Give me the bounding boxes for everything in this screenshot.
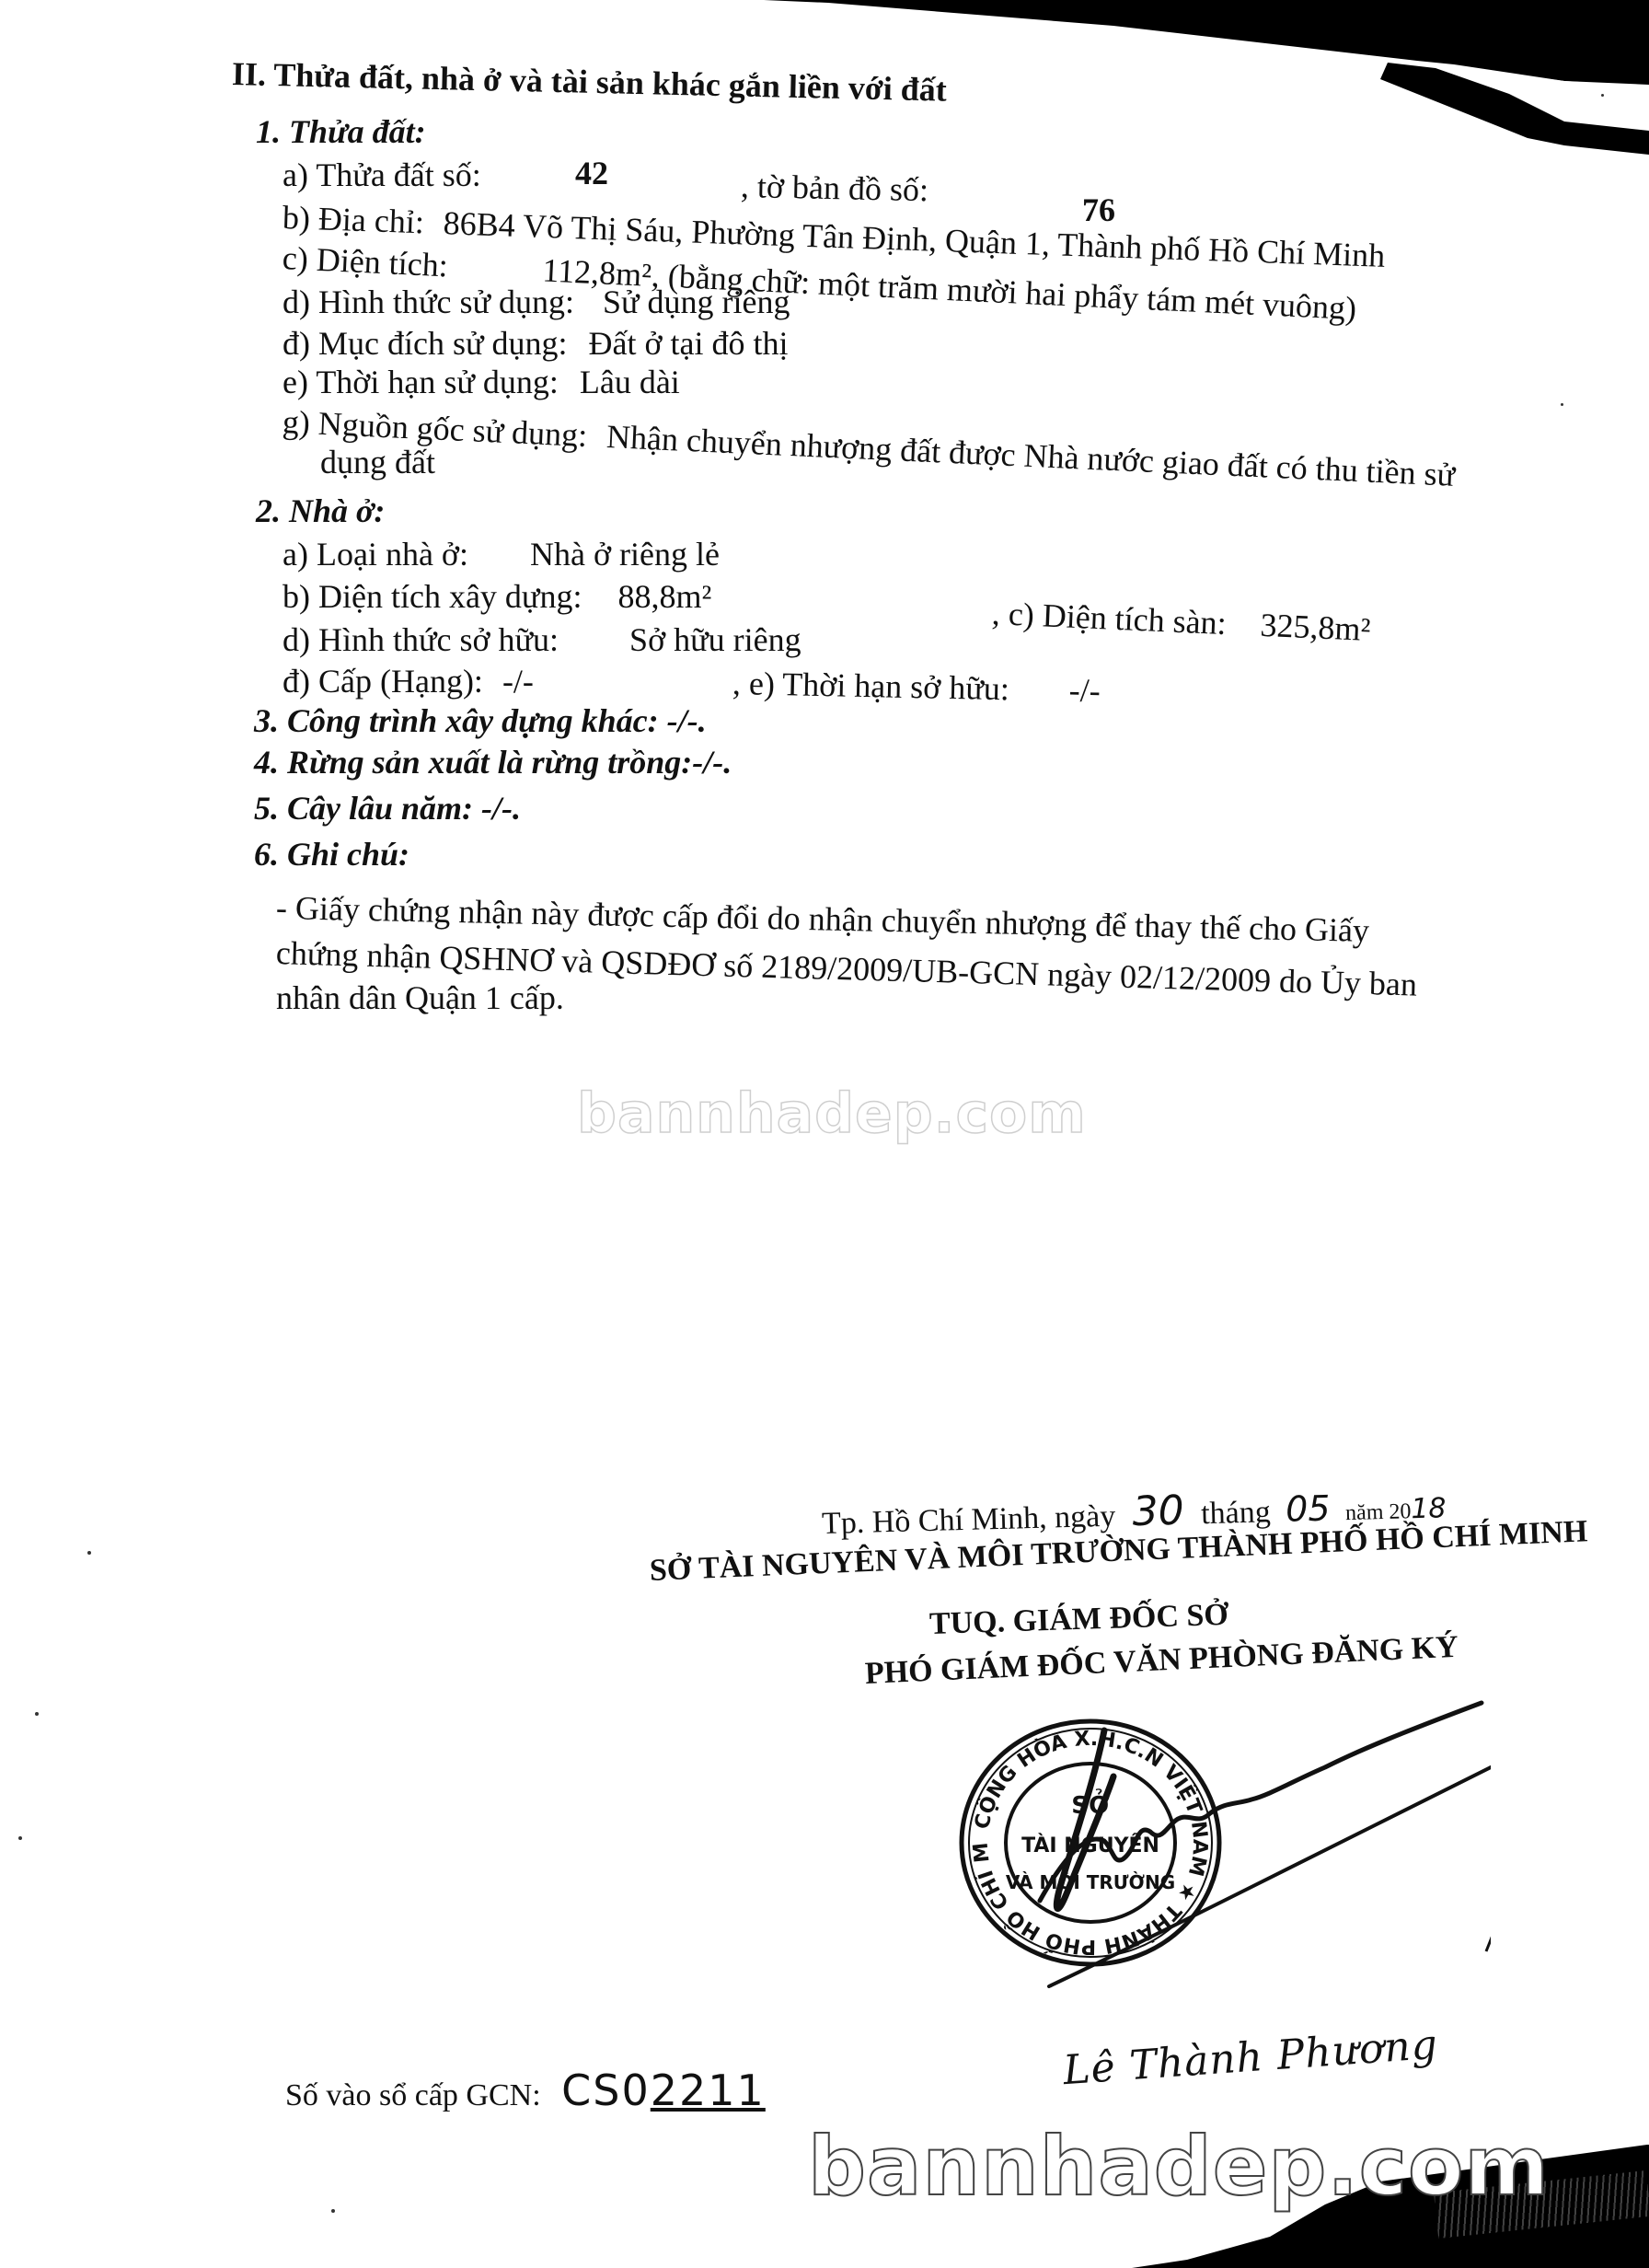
origin-continuation: dụng đất bbox=[320, 445, 435, 479]
on-behalf: TUQ. GIÁM ĐỐC SỞ bbox=[928, 1600, 1228, 1640]
build-area-value: 88,8m² bbox=[617, 578, 711, 615]
build-area-label: b) Diện tích xây dựng: bbox=[283, 578, 582, 615]
purpose-row: đ) Mục đích sử dụng: Đất ở tại đô thị bbox=[283, 327, 789, 360]
scan-speck bbox=[18, 1836, 22, 1840]
signer-name: Lê Thành Phương bbox=[1062, 2021, 1440, 2094]
map-sheet-label: , tờ bản đồ số: bbox=[741, 169, 929, 206]
perennial-trees: 5. Cây lâu năm: -/-. bbox=[254, 792, 521, 825]
floor-area-value: 325,8m² bbox=[1260, 607, 1371, 648]
scan-speck bbox=[1601, 94, 1604, 97]
registry-prefix: CS0 bbox=[561, 2065, 651, 2115]
land-heading: 1. Thửa đất: bbox=[256, 115, 426, 148]
house-type-value: Nhà ở riêng lẻ bbox=[530, 536, 720, 573]
usage-form-row: d) Hình thức sử dụng: Sử dụng riêng bbox=[283, 285, 790, 318]
notes-heading: 6. Ghi chú: bbox=[254, 838, 409, 871]
floor-area-label: , c) Diện tích sàn: bbox=[991, 595, 1227, 642]
ownership-label: d) Hình thức sở hữu: bbox=[283, 621, 559, 658]
watermark-bottom: bannhadep.com bbox=[808, 2126, 1550, 2207]
map-sheet-number: 76 bbox=[1082, 193, 1115, 226]
origin-value: Nhận chuyển nhượng đất được Nhà nước gia… bbox=[605, 418, 1456, 493]
scan-speck bbox=[35, 1712, 39, 1716]
registry-digits: 2211 bbox=[651, 2065, 766, 2115]
scan-speck bbox=[331, 2209, 335, 2213]
purpose-label: đ) Mục đích sử dụng: bbox=[283, 325, 567, 362]
house-type-label: a) Loại nhà ở: bbox=[283, 536, 468, 573]
place-date-prefix: Tp. Hồ Chí Minh, ngày bbox=[822, 1499, 1116, 1541]
own-term-value: -/- bbox=[1068, 672, 1101, 710]
term-value: Lâu dài bbox=[580, 364, 680, 400]
registry-label: Số vào sổ cấp GCN: bbox=[285, 2078, 541, 2112]
own-term-row: , e) Thời hạn sở hữu: -/- bbox=[732, 666, 1101, 707]
sign-month: 05 bbox=[1286, 1488, 1331, 1530]
ownership-value: Sở hữu riêng bbox=[629, 621, 801, 658]
origin-row: g) Nguồn gốc sử dụng: Nhận chuyển nhượng… bbox=[282, 405, 1456, 492]
notes-line-3: nhân dân Quận 1 cấp. bbox=[276, 981, 564, 1014]
usage-form-label: d) Hình thức sử dụng: bbox=[283, 283, 574, 320]
purpose-value: Đất ở tại đô thị bbox=[588, 325, 788, 362]
month-label: tháng bbox=[1201, 1495, 1271, 1531]
floor-area-row: , c) Diện tích sàn: 325,8m² bbox=[991, 596, 1371, 646]
address-label: b) Địa chỉ: bbox=[282, 199, 424, 240]
scan-speck bbox=[1561, 403, 1563, 406]
registry-row: Số vào sổ cấp GCN: CS02211 bbox=[285, 2069, 766, 2112]
usage-form-value: Sử dụng riêng bbox=[603, 283, 790, 320]
other-construction: 3. Công trình xây dựng khác: -/-. bbox=[254, 704, 707, 737]
section-heading: II. Thửa đất, nhà ở và tài sản khác gắn … bbox=[232, 57, 948, 107]
signer-position: PHÓ GIÁM ĐỐC VĂN PHÒNG ĐĂNG KÝ bbox=[864, 1632, 1459, 1690]
registry-number: CS02211 bbox=[561, 2065, 766, 2115]
parcel-number: 42 bbox=[575, 156, 608, 190]
area-label: c) Diện tích: bbox=[282, 239, 449, 283]
term-row: e) Thời hạn sử dụng: Lâu dài bbox=[283, 365, 680, 399]
grade-row: đ) Cấp (Hạng): -/- bbox=[283, 665, 534, 698]
build-area-row: b) Diện tích xây dựng: 88,8m² bbox=[283, 580, 711, 613]
sign-day: 30 bbox=[1132, 1487, 1184, 1535]
production-forest: 4. Rừng sản xuất là rừng trồng:-/-. bbox=[254, 746, 732, 779]
house-type-row: a) Loại nhà ở: Nhà ở riêng lẻ bbox=[283, 538, 720, 571]
handwritten-signature bbox=[975, 1694, 1491, 1988]
scan-speck bbox=[87, 1551, 91, 1555]
parcel-label: a) Thửa đất số: bbox=[283, 158, 481, 191]
ownership-row: d) Hình thức sở hữu: Sở hữu riêng bbox=[283, 623, 801, 656]
grade-label: đ) Cấp (Hạng): bbox=[283, 663, 483, 700]
house-heading: 2. Nhà ở: bbox=[256, 494, 385, 527]
watermark-center: bannhadep.com bbox=[577, 1086, 1087, 1141]
term-label: e) Thời hạn sử dụng: bbox=[283, 364, 559, 400]
grade-value: -/- bbox=[502, 663, 534, 700]
signature-icon bbox=[975, 1694, 1491, 1988]
own-term-label: , e) Thời hạn sở hữu: bbox=[732, 665, 1010, 707]
